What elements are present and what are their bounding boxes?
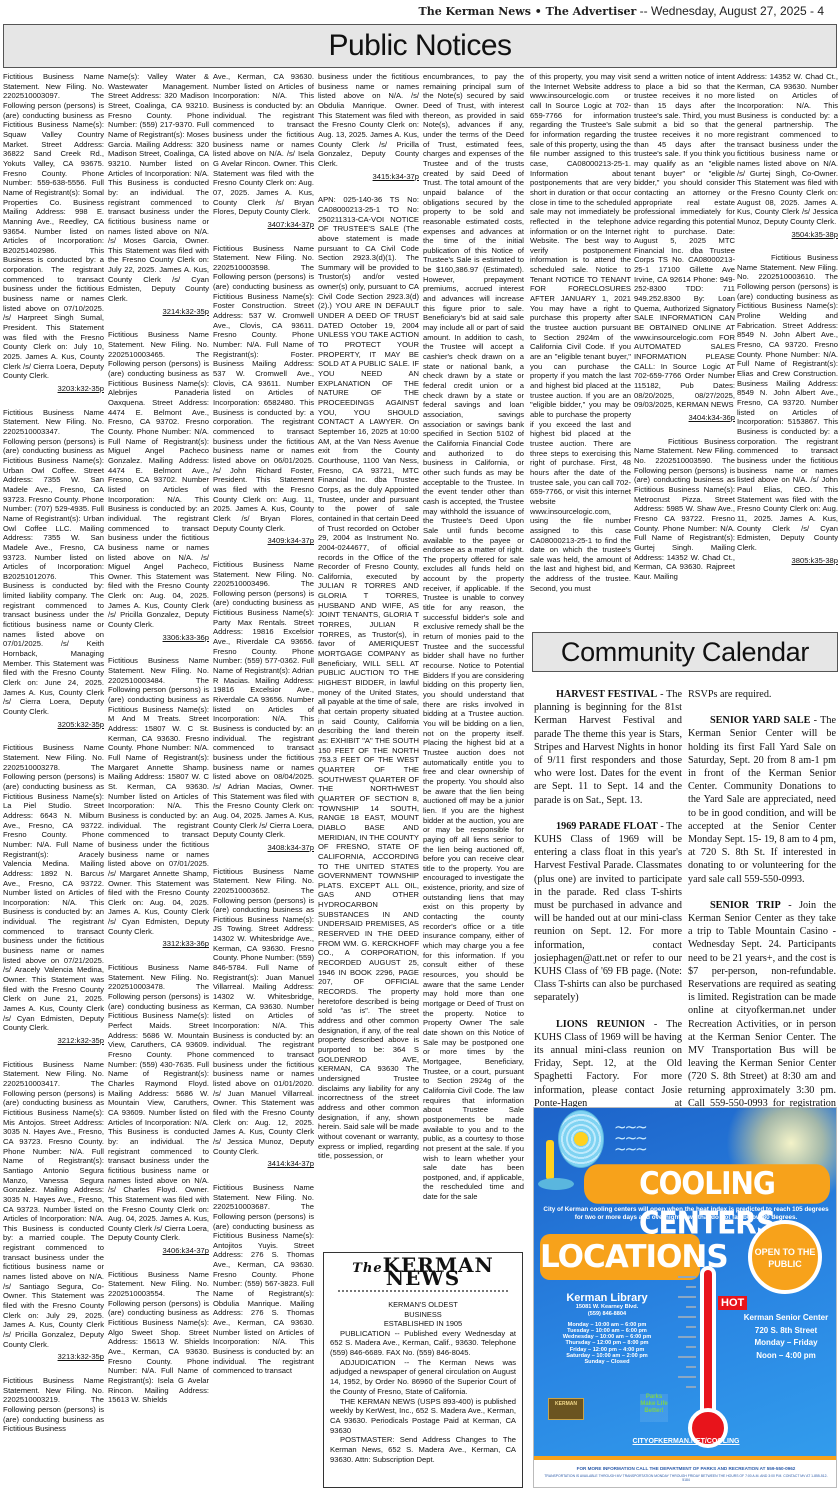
notice-reference-number: 3205:k32-35p: [3, 720, 104, 730]
calendar-item-heading: 1969 PARADE FLOAT: [534, 821, 658, 832]
notice-column-2: Name(s): Valley Water & Wastewater Manag…: [108, 72, 209, 1492]
notice-text: Fictitious Business Name Statement. New …: [3, 72, 104, 381]
notice-reference-number: 3312:k33-36p: [108, 939, 209, 949]
notice-text: Fictitious Business Name Statement. New …: [737, 253, 838, 552]
notice-column-5: encumbrances, to pay the remaining princ…: [423, 72, 524, 1244]
notice-column-6: of this property, you may visit the Inte…: [530, 72, 631, 626]
legal-notice: Name(s): Valley Water & Wastewater Manag…: [108, 72, 209, 316]
notice-text: Fictitious Business Name Statement. New …: [108, 330, 209, 629]
calendar-lead: RSVPs are required.: [688, 688, 836, 701]
notice-reference-number: 3408:k34-37p: [213, 843, 314, 853]
kerman-news-logo: TheKERMAN NEWS: [330, 1261, 516, 1283]
calendar-item-body: - The planning is beginning for the 81st…: [534, 689, 682, 806]
calendar-item-heading: HARVEST FESTIVAL: [534, 689, 657, 700]
calendar-item-heading: SENIOR YARD SALE: [688, 715, 810, 726]
senior-center-days: Monday – Friday: [734, 1337, 837, 1350]
notice-column-3: Ave., Kerman, CA 93630. Number listed on…: [213, 72, 314, 1492]
calendar-item-heading: LIONS REUNION: [534, 1019, 645, 1030]
notice-reference-number: 3214:k32-35p: [108, 307, 209, 317]
notice-text: Ave., Kerman, CA 93630. Number listed on…: [213, 72, 314, 217]
notice-text: Fictitious Business Name Statement. New …: [3, 743, 104, 1033]
library-phone: (559) 846-8804: [542, 1311, 672, 1318]
air-waves-icon: ∼∼∼∼∼∼∼∼∼: [614, 1122, 646, 1155]
calendar-item: SENIOR TRIP - Join the Kerman Senior Cen…: [688, 899, 836, 1123]
notice-text: Name(s): Valley Water & Wastewater Manag…: [108, 72, 209, 304]
notice-text: encumbrances, to pay the remaining princ…: [423, 72, 524, 1202]
legal-notice: Fictitious Business Name Statement. New …: [213, 867, 314, 1169]
notice-reference-number: 3407:k34-37p: [213, 220, 314, 230]
calendar-column-right: RSVPs are required. SENIOR YARD SALE - T…: [688, 688, 836, 1136]
legal-notice: send a written notice of intent to place…: [634, 72, 735, 423]
legal-notice: Address: 14352 W. Chad Ct., Kerman, CA 9…: [737, 72, 838, 239]
senior-center-hours: Noon – 4:00 pm: [734, 1350, 837, 1363]
notice-text: Fictitious Business Name Statement. New …: [108, 963, 209, 1243]
calendar-item: HARVEST FESTIVAL - The planning is begin…: [534, 688, 682, 807]
notice-reference-number: 3406:k34-37p: [108, 1246, 209, 1256]
legal-notice: Ave., Kerman, CA 93630. Number listed on…: [213, 72, 314, 230]
legal-notice: Fictitious Business Name Statement. New …: [3, 743, 104, 1045]
notice-reference-number: 3203:k32-35p: [3, 384, 104, 394]
senior-center-name: Kerman Senior Center: [734, 1312, 837, 1325]
notice-text: Fictitious Business Name Statement. New …: [634, 437, 735, 582]
legal-notice: Fictitious Business Name Statement. New …: [213, 1183, 314, 1376]
hot-label: HOT: [718, 1296, 747, 1310]
legal-notice: Fictitious Business Name Statement. New …: [3, 1376, 104, 1434]
notice-column-1: Fictitious Business Name Statement. New …: [3, 72, 104, 1492]
notice-text: Fictitious Business Name Statement. New …: [108, 1270, 209, 1405]
notice-text: Fictitious Business Name Statement. New …: [213, 560, 314, 840]
library-hours: Monday – 10:00 am – 6:00 pm Tuesday – 10…: [542, 1322, 672, 1365]
notice-reference-number: 3409:k34-37p: [213, 536, 314, 546]
notice-reference-number: 3404:k34-36p: [634, 413, 735, 423]
notice-text: Fictitious Business Name Statement. New …: [3, 1060, 104, 1350]
legal-notice: Fictitious Business Name Statement. New …: [108, 963, 209, 1256]
library-address: 15081 W. Kearney Blvd.: [542, 1304, 672, 1311]
notice-text: Address: 14352 W. Chad Ct., Kerman, CA 9…: [737, 72, 838, 227]
newspaper-info-box: TheKERMAN NEWS KERMAN'S OLDEST BUSINESS …: [323, 1252, 523, 1488]
notice-text: Fictitious Business Name Statement. New …: [3, 1376, 104, 1434]
calendar-item-body: - The KUHS Class of 1969 will be enterin…: [534, 821, 682, 1004]
calendar-column-left: HARVEST FESTIVAL - The planning is begin…: [534, 688, 682, 1150]
tagline-1: KERMAN'S OLDEST: [330, 1300, 516, 1309]
legal-notice: Fictitious Business Name Statement. New …: [213, 560, 314, 853]
thermometer-ticks: [678, 1276, 696, 1396]
legal-notice: Fictitious Business Name Statement. New …: [737, 253, 838, 565]
notice-reference-number: 3213:k32-35p: [3, 1352, 104, 1362]
calendar-item-body: - The Kerman Senior Center will be holdi…: [688, 715, 836, 884]
open-to-public-badge: OPEN TO THE PUBLIC: [748, 1220, 822, 1294]
public-notices-banner: Public Notices: [3, 24, 837, 68]
locations-label: LOCATIONS: [540, 1234, 700, 1280]
poster-footer: FOR MORE INFORMATION CALL THE DEPARTMENT…: [534, 1456, 837, 1488]
notice-column-8: Address: 14352 W. Chad Ct., Kerman, CA 9…: [737, 72, 838, 626]
publication-info: PUBLICATION -- Published every Wednesday…: [330, 1329, 516, 1358]
poster-title: COOLING CENTERS: [584, 1164, 830, 1204]
notice-text: Fictitious Business Name Statement. New …: [213, 1183, 314, 1376]
notice-reference-number: 3504:k35-38p: [737, 230, 838, 240]
senior-center-address: 720 S. 8th Street: [734, 1325, 837, 1338]
legal-notice: business under the fictitious business n…: [318, 72, 419, 181]
poster-intro: City of Kerman cooling centers will open…: [540, 1206, 832, 1221]
legal-notice: Fictitious Business Name Statement. New …: [3, 72, 104, 394]
senior-center-location: Kerman Senior Center 720 S. 8th Street M…: [734, 1312, 837, 1362]
postmaster-info: POSTMASTER: Send Address Changes to The …: [330, 1435, 516, 1464]
cooling-centers-poster: ∼∼∼∼∼∼∼∼∼ COOLING CENTERS City of Kerman…: [533, 1107, 837, 1488]
adjudication-info: ADJUDICATION -- The Kerman News was adju…: [330, 1358, 516, 1397]
legal-notice: encumbrances, to pay the remaining princ…: [423, 72, 524, 1202]
calendar-item-body: - Join the Kerman Senior Center as they …: [688, 900, 836, 1122]
notice-text: business under the fictitious business n…: [318, 72, 419, 169]
footer-info-line: FOR MORE INFORMATION CALL THE DEPARTMENT…: [534, 1466, 837, 1471]
masthead: The Kerman News • The Advertiser -- Wedn…: [419, 4, 824, 18]
legal-notice: Fictitious Business Name Statement. New …: [3, 1060, 104, 1362]
library-name: Kerman Library: [542, 1292, 672, 1304]
calendar-item: 1969 PARADE FLOAT - The KUHS Class of 19…: [534, 820, 682, 1005]
parks-make-life-better-logo: Parks Make Life Better!: [640, 1394, 668, 1422]
legal-notice: Fictitious Business Name Statement. New …: [108, 656, 209, 949]
publication-name: The Kerman News • The Advertiser: [419, 5, 637, 18]
legal-notice: Fictitious Business Name Statement. New …: [108, 330, 209, 642]
notice-text: of this property, you may visit the Inte…: [530, 72, 631, 593]
legal-notice: Fictitious Business Name Statement. New …: [108, 1270, 209, 1405]
notice-reference-number: 3414:k34-37p: [213, 1159, 314, 1169]
footer-transport-line: TRANSPORTATION IS AVAILABLE THROUGH MV T…: [534, 1474, 837, 1482]
legal-notice: Fictitious Business Name Statement. New …: [213, 244, 314, 546]
notice-text: send a written notice of intent to place…: [634, 72, 735, 410]
notice-text: Fictitious Business Name Statement. New …: [213, 244, 314, 534]
notice-text: Fictitious Business Name Statement. New …: [108, 656, 209, 936]
legal-notice: of this property, you may visit the Inte…: [530, 72, 631, 593]
cooling-url-link[interactable]: CITYOFKERMAN.NET/COOLING: [534, 1438, 837, 1445]
notice-reference-number: 3212:k32-35p: [3, 1036, 104, 1046]
notice-column-7: send a written notice of intent to place…: [634, 72, 735, 626]
notice-reference-number: 3306:k33-36p: [108, 633, 209, 643]
notice-text: APN: 025-140-36 TS No: CA08000213-25-1 T…: [318, 195, 419, 1161]
legal-notice: Fictitious Business Name Statement. New …: [634, 437, 735, 582]
notice-reference-number: 3415:k34-37p: [318, 172, 419, 182]
section-title: Public Notices: [4, 25, 836, 67]
notice-column-4: business under the fictitious business n…: [318, 72, 419, 1244]
tagline-2: BUSINESS: [330, 1310, 516, 1319]
notice-reference-number: 3805:k35-38p: [737, 556, 838, 566]
city-of-kerman-logo: KERMAN: [548, 1398, 584, 1420]
notice-text: Fictitious Business Name Statement. New …: [213, 867, 314, 1157]
library-location: Kerman Library 15081 W. Kearney Blvd. (5…: [542, 1292, 672, 1365]
usps-info: THE KERMAN NEWS (USPS 893-400) is publis…: [330, 1397, 516, 1436]
dateline: -- Wednesday, August 27, 2025 - 4: [636, 4, 824, 18]
calendar-item: SENIOR YARD SALE - The Kerman Senior Cen…: [688, 714, 836, 886]
community-calendar-banner: Community Calendar: [532, 632, 838, 672]
legal-notice: Fictitious Business Name Statement. New …: [3, 408, 104, 730]
legal-notice: APN: 025-140-36 TS No: CA08000213-25-1 T…: [318, 195, 419, 1161]
notice-text: Fictitious Business Name Statement. New …: [3, 408, 104, 717]
calendar-item-heading: SENIOR TRIP: [688, 900, 781, 911]
section-title: Community Calendar: [533, 633, 837, 671]
tagline-3: ESTABLISHED IN 1905: [330, 1319, 516, 1328]
